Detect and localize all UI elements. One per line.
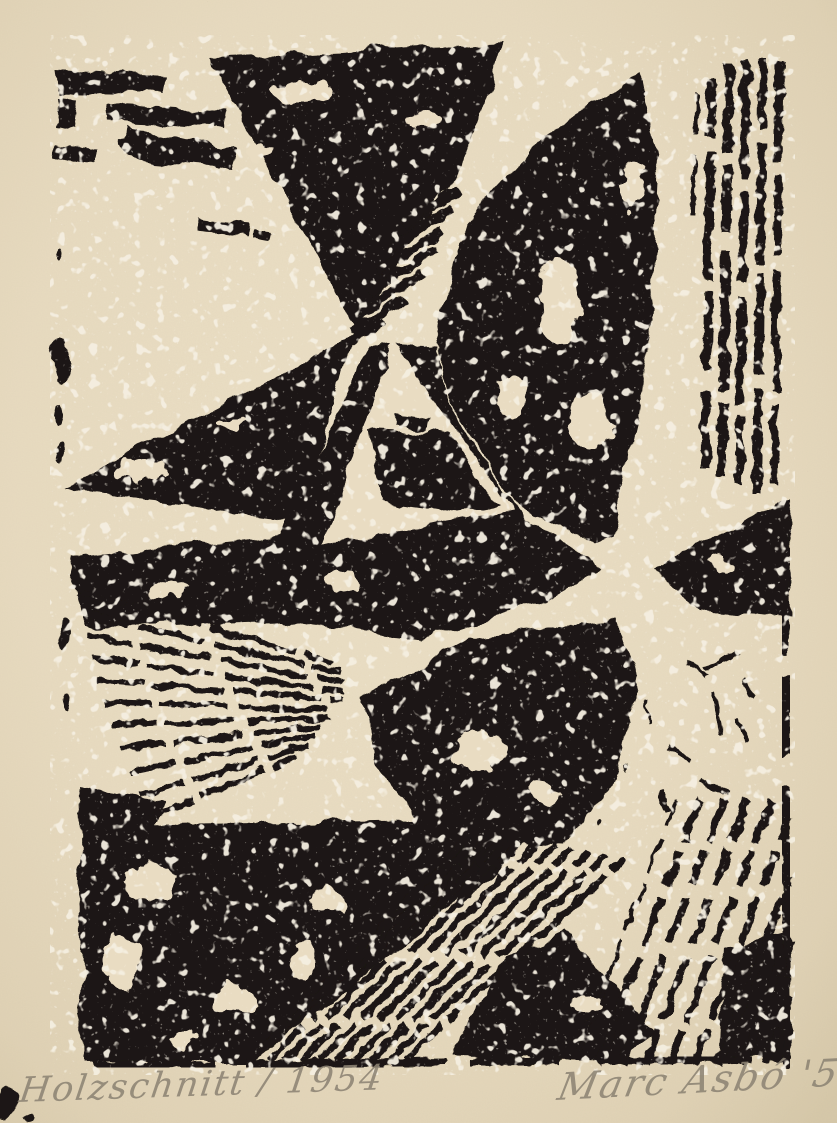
dust-texture [0, 0, 837, 1123]
artwork-photo: Holzschnitt / 1954 Marc Asbó '54 [0, 0, 837, 1123]
woodcut-print: Holzschnitt / 1954 Marc Asbó '54 [0, 0, 837, 1123]
